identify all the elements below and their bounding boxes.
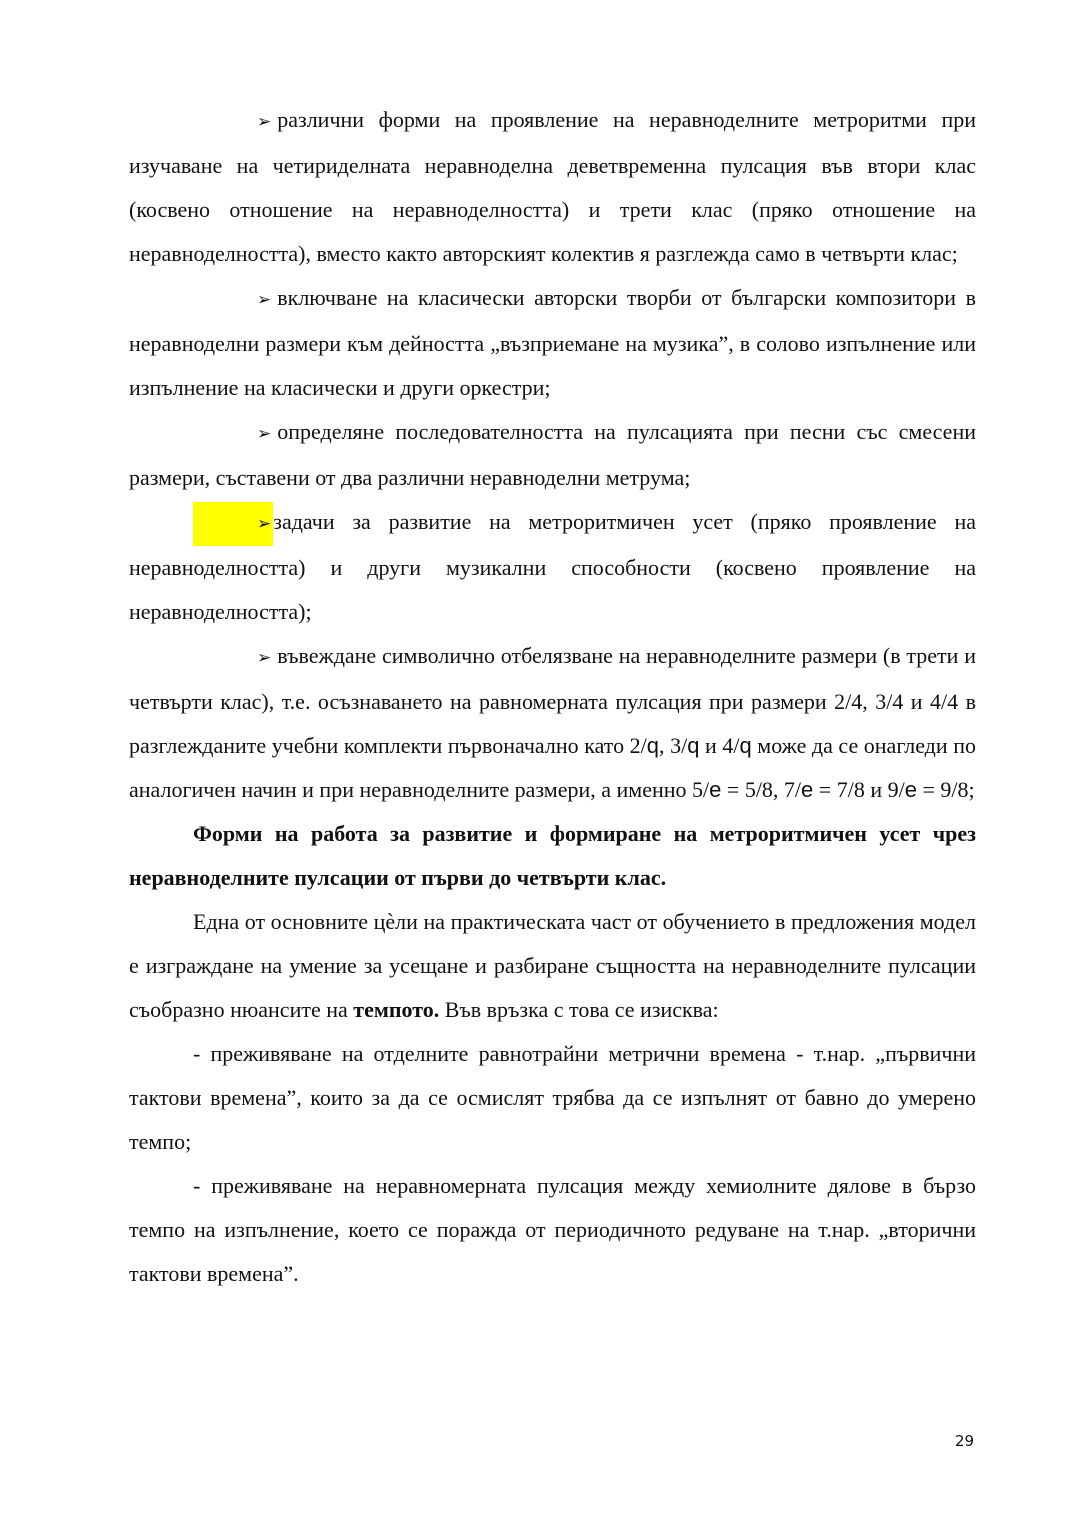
section-heading: Форми на работа за развитие и формиране … [129,812,976,900]
page-number: 29 [955,1432,974,1450]
quarter-note-symbol: q [647,733,659,758]
quarter-note-symbol: q [687,733,699,758]
document-page: ➢различни форми на проявление на неравно… [129,98,976,1296]
body-paragraph: Една от основните цѐли на практическата … [129,900,976,1032]
dash-paragraph: - преживяване на отделните равнотрайни м… [129,1032,976,1164]
bullet-paragraph: ➢различни форми на проявление на неравно… [129,98,976,276]
bullet-paragraph: ➢определяне последователността на пулсац… [129,410,976,500]
arrow-bullet-icon: ➢ [193,278,271,322]
eighth-note-symbol: e [709,777,721,802]
highlighted-arrow-bullet-icon: ➢ [193,502,273,546]
paragraph-text: = 9/8; [917,777,975,802]
paragraph-text: и 4/ [699,733,739,758]
arrow-bullet-icon: ➢ [193,100,271,144]
eighth-note-symbol: e [905,777,917,802]
dash-paragraph: - преживяване на неравномерната пулсация… [129,1164,976,1296]
paragraph-text: Във връзка с това се изисква: [439,997,718,1022]
quarter-note-symbol: q [739,733,751,758]
bullet-paragraph: ➢въвеждане символично отбелязване на нер… [129,634,976,812]
paragraph-text: , 3/ [659,733,687,758]
bold-term: темпото. [353,997,439,1022]
arrow-bullet-icon: ➢ [193,412,271,456]
eighth-note-symbol: e [801,777,813,802]
paragraph-text: = 5/8, 7/ [721,777,801,802]
arrow-bullet-icon: ➢ [193,636,271,680]
bullet-paragraph: ➢включване на класически авторски творби… [129,276,976,410]
paragraph-text: = 7/8 и 9/ [813,777,904,802]
bullet-paragraph: ➢задачи за развитие на метроритмичен усе… [129,500,976,634]
